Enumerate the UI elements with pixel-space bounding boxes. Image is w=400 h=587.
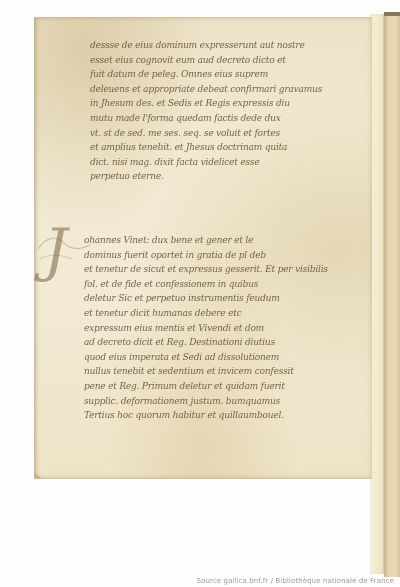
text-line: dominus fuerit oportet in gratia de pl d… [84,249,328,264]
text-line: Tertius hoc quorum habitur et quillaumbo… [84,409,328,424]
binding-guard-strip [370,14,384,574]
binding-edge [384,12,400,577]
text-line: deleuens et appropriate debeat confirmar… [90,83,322,98]
text-line: dessse de eius dominum expresserunt aut … [90,39,322,54]
text-line: quod eius imperata et Sedi ad dissolutio… [84,351,328,366]
page-corner-fold [34,471,42,479]
text-line: expressum eius mentis et Vivendi et dom [84,322,328,337]
text-line: ad decreto dicit et Reg. Destinationi di… [84,336,328,351]
text-line: dict. nisi mag. dixit facta videlicet es… [90,156,322,171]
document-viewer: dessse de eius dominum expresserunt aut … [0,0,400,587]
text-line: ohannes Vinet: dux bene et gener et le [84,234,328,249]
text-line: fol. et de fide et confessionem in quibu… [84,278,328,293]
text-line: supplic. deformationem justum. bumquamus [84,395,328,410]
text-line: et tenetur de sicut et expressus gesseri… [84,263,328,278]
text-line: mutu made l'forma quedam factis dede dux [90,112,322,127]
text-line: vt. st de sed. me ses. seq. se voluit et… [90,127,322,142]
source-credit: Source gallica.bnf.fr / Bibliothèque nat… [197,577,394,585]
paragraph-2: ohannes Vinet: dux bene et gener et le d… [84,234,333,424]
text-line: nullus tenebit et sedentium et invicem c… [84,365,328,380]
text-line: in Jhesum des. et Sedis et Regis express… [90,97,322,112]
manuscript-page: dessse de eius dominum expresserunt aut … [34,17,372,479]
text-line: fuit datum de peleg. Omnes eius suprem [90,68,322,83]
text-line: perpetuo eterne. [90,170,322,185]
text-line: et tenetur dicit humanas debere etc [84,307,328,322]
text-line: deletur Sic et perpetuo instrumentis feu… [84,292,328,307]
paragraph-1: dessse de eius dominum expresserunt aut … [90,39,327,185]
text-line: pene et Reg. Primum deletur et quidam fu… [84,380,328,395]
text-line: esset eius cognovit eum aud decreto dict… [90,54,322,69]
text-line: et amplius tenebit. et Jhesus doctrinam … [90,141,322,156]
